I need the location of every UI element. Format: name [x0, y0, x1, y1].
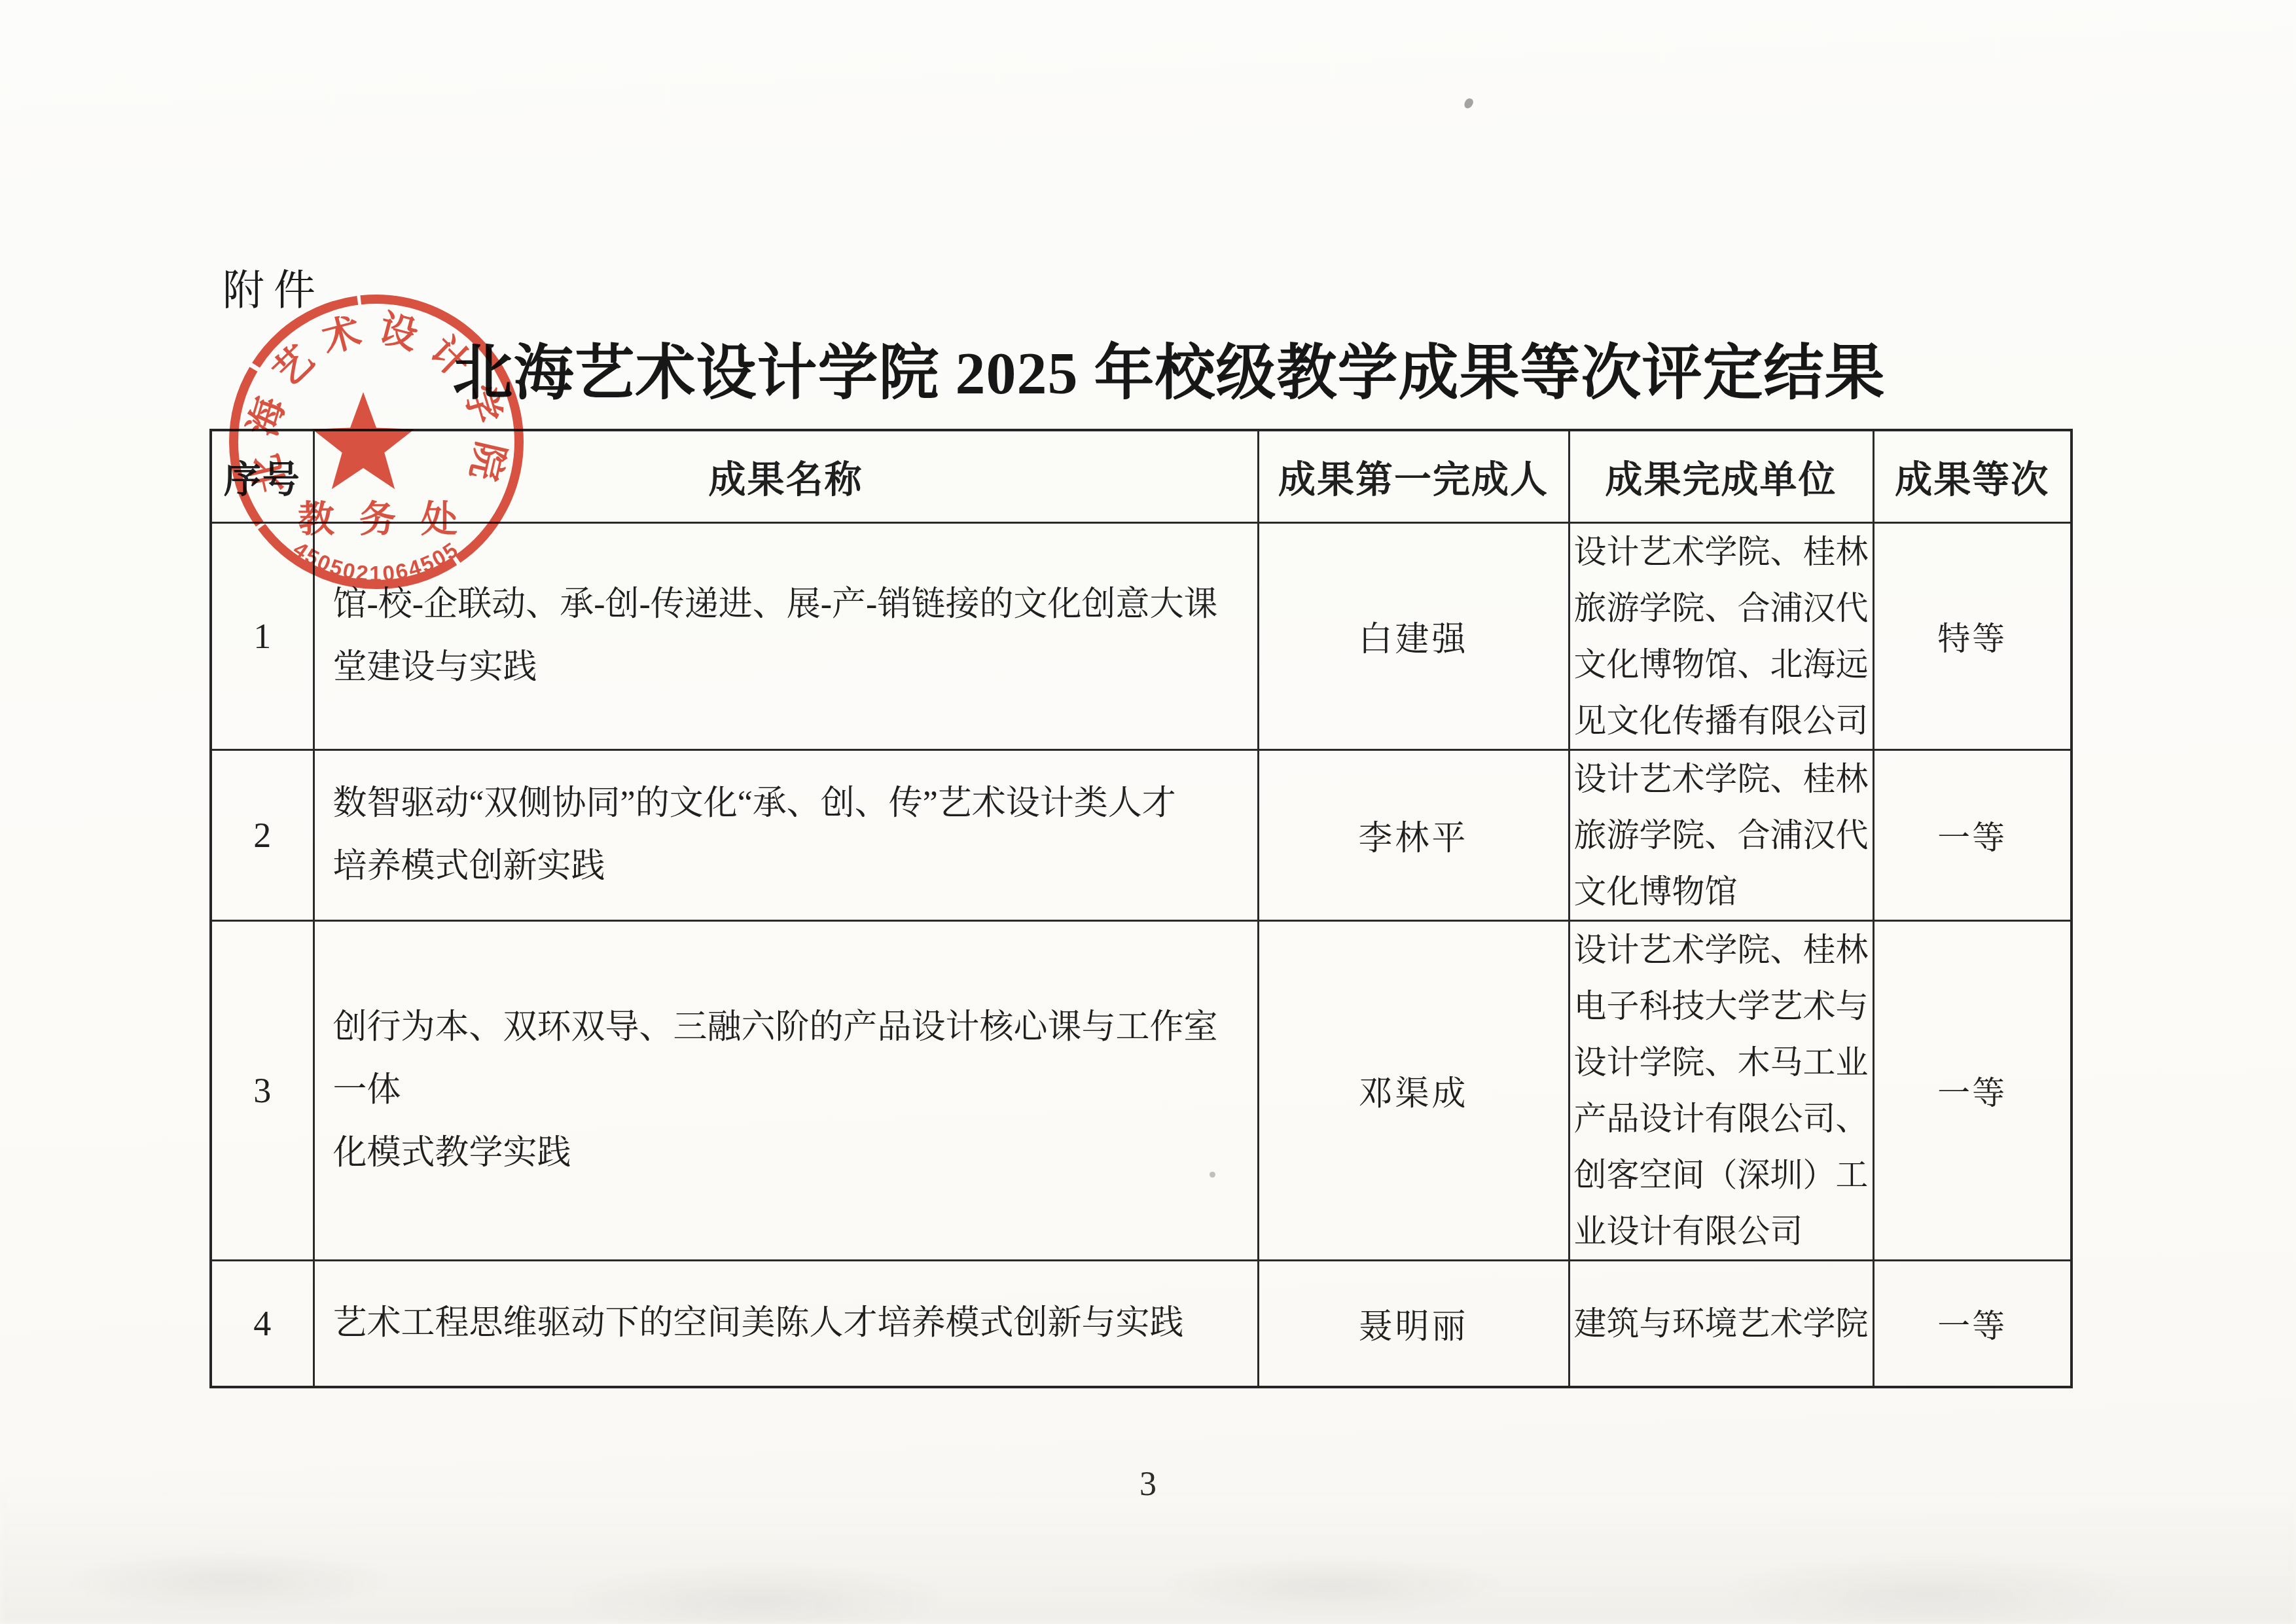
- column-header-first-completer: 成果第一完成人: [1258, 430, 1569, 522]
- cell-achievement-name: 数智驱动“双侧协同”的文化“承、创、传”艺术设计类人才 培养模式创新实践: [314, 749, 1258, 920]
- cell-achievement-name: 艺术工程思维驱动下的空间美陈人才培养模式创新与实践: [314, 1260, 1258, 1387]
- cell-grade: 一等: [1873, 920, 2072, 1260]
- cell-first-completer: 李林平: [1258, 749, 1569, 920]
- scan-speck: [1210, 1172, 1215, 1178]
- cell-completing-unit: 设计艺术学院、桂林 电子科技大学艺术与 设计学院、木马工业 产品设计有限公司、 …: [1569, 920, 1873, 1260]
- table-row: 4 艺术工程思维驱动下的空间美陈人才培养模式创新与实践 聂明丽 建筑与环境艺术学…: [211, 1260, 2072, 1387]
- seal-serial-number: 4505021064505: [289, 537, 464, 586]
- scan-speck: [1463, 97, 1474, 109]
- cell-grade: 一等: [1873, 749, 2072, 920]
- cell-achievement-name: 创行为本、双环双导、三融六阶的产品设计核心课与工作室一体 化模式教学实践: [314, 920, 1258, 1260]
- cell-grade: 特等: [1873, 522, 2072, 749]
- column-header-completing-unit: 成果完成单位: [1569, 430, 1873, 522]
- cell-completing-unit: 设计艺术学院、桂林 旅游学院、合浦汉代 文化博物馆、北海远 见文化传播有限公司: [1569, 522, 1873, 749]
- cell-completing-unit: 建筑与环境艺术学院: [1569, 1260, 1873, 1387]
- official-seal: 北海艺术设计学院 教务处 4505021064505: [225, 291, 528, 593]
- table-row: 3 创行为本、双环双导、三融六阶的产品设计核心课与工作室一体 化模式教学实践 邓…: [211, 920, 2072, 1260]
- seal-office-text: 教务处: [298, 499, 482, 540]
- scan-noise-band: [0, 1487, 2296, 1624]
- cell-first-completer: 聂明丽: [1258, 1260, 1569, 1387]
- scanned-document-page: 附件 北海艺术设计学院 2025 年校级教学成果等次评定结果 序号 成果名称 成…: [0, 0, 2296, 1624]
- column-header-grade: 成果等次: [1873, 430, 2072, 522]
- cell-grade: 一等: [1873, 1260, 2072, 1387]
- cell-index: 3: [211, 920, 314, 1260]
- table-row: 2 数智驱动“双侧协同”的文化“承、创、传”艺术设计类人才 培养模式创新实践 李…: [211, 749, 2072, 920]
- cell-index: 2: [211, 749, 314, 920]
- cell-first-completer: 邓渠成: [1258, 920, 1569, 1260]
- star-icon: [312, 392, 414, 489]
- cell-index: 4: [211, 1260, 314, 1387]
- cell-completing-unit: 设计艺术学院、桂林 旅游学院、合浦汉代 文化博物馆: [1569, 749, 1873, 920]
- cell-first-completer: 白建强: [1258, 522, 1569, 749]
